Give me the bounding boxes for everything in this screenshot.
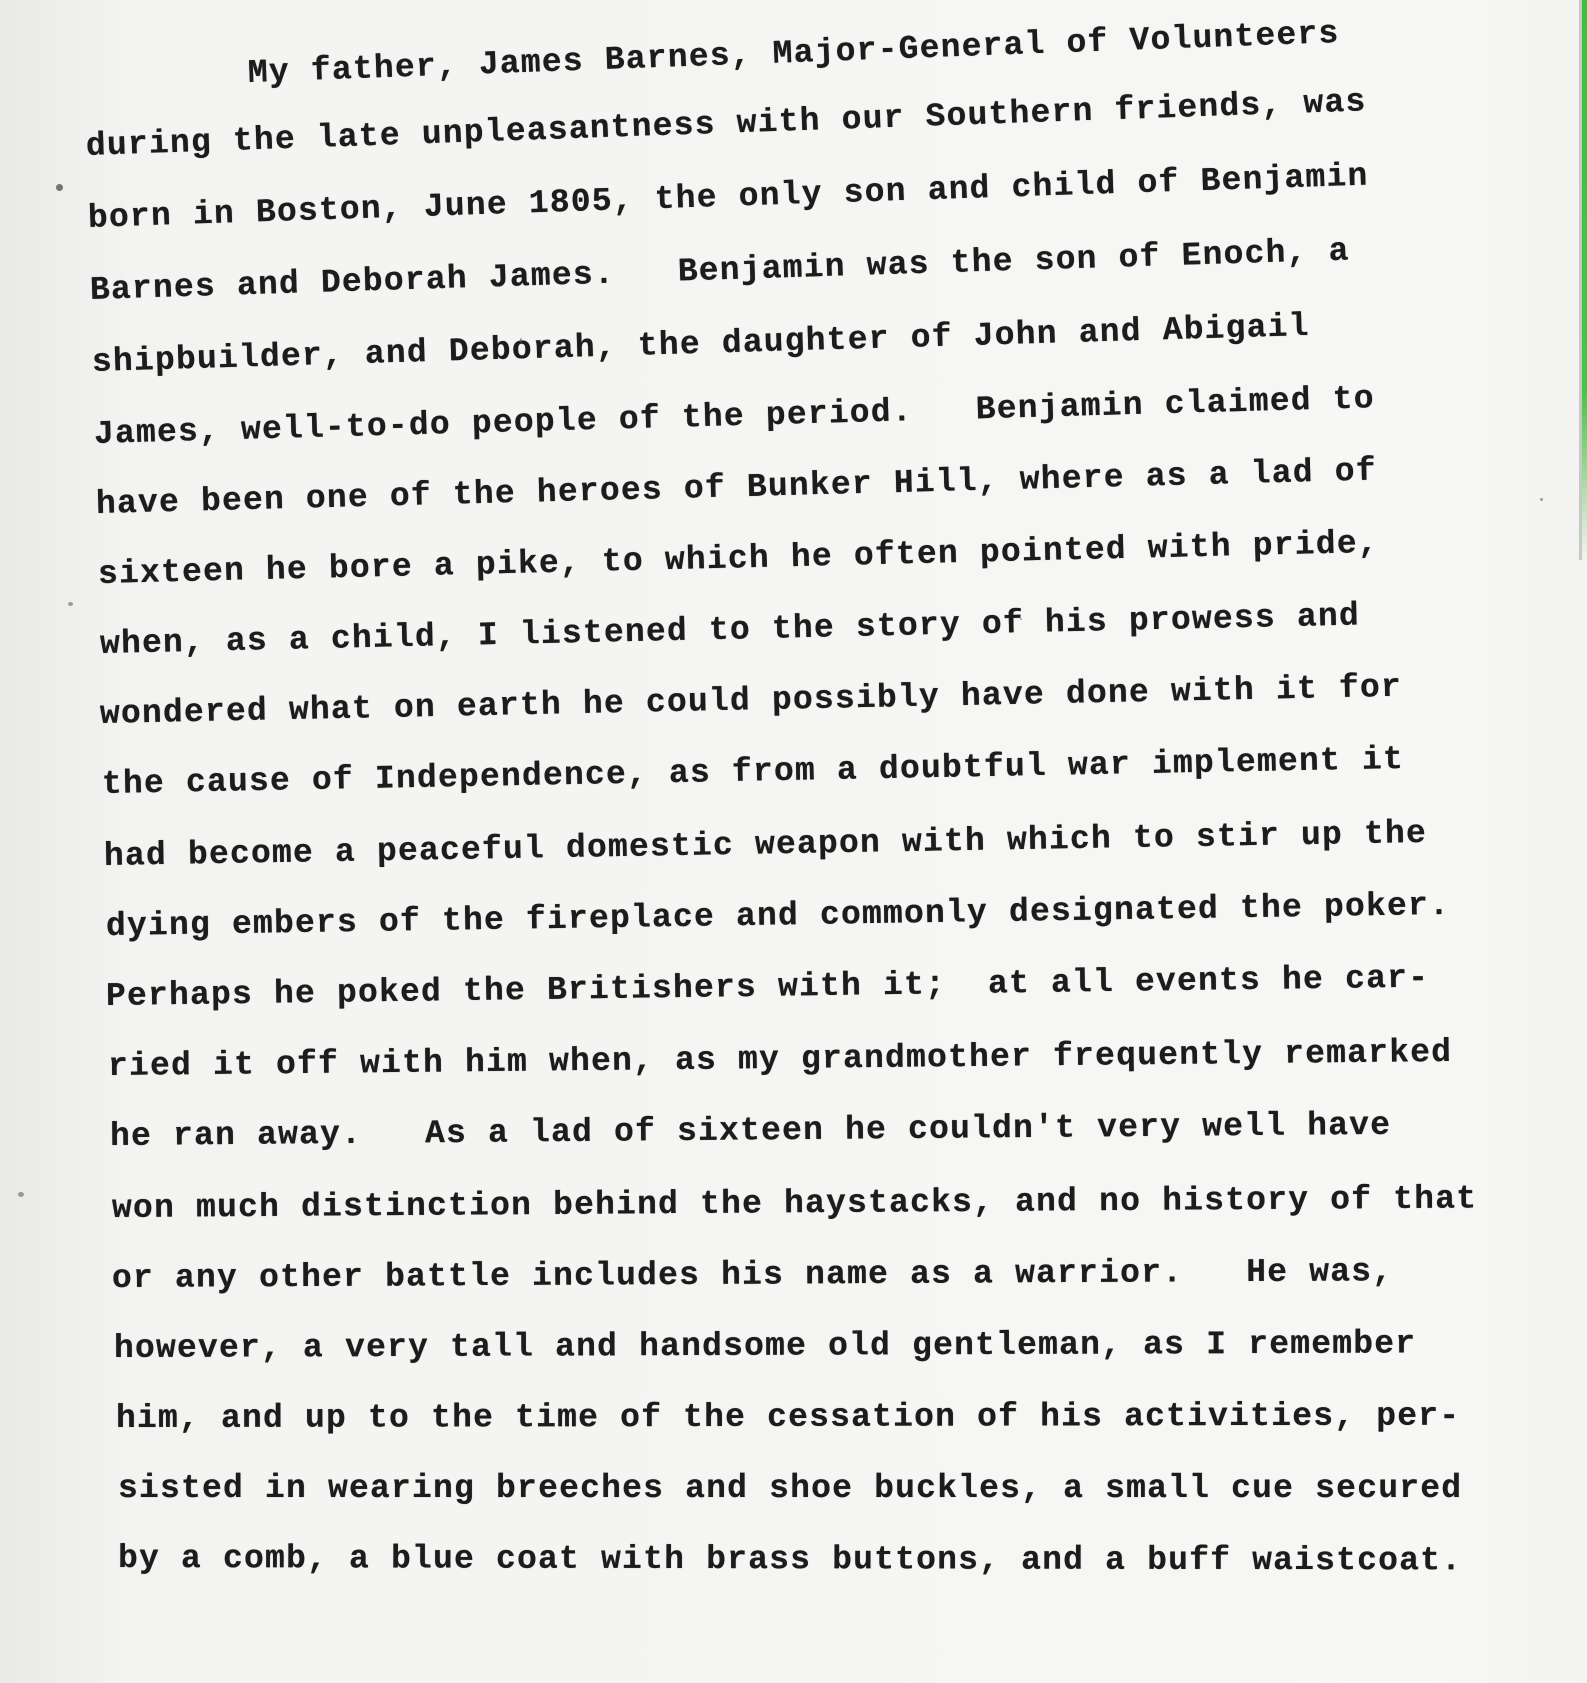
text-line: won much distinction behind the haystack… — [112, 1180, 1477, 1227]
text-line: shipbuilder, and Deborah, the daughter o… — [91, 308, 1310, 381]
text-line: ried it off with him when, as my grandmo… — [108, 1034, 1453, 1085]
text-line: Barnes and Deborah James. Benjamin was t… — [89, 232, 1350, 309]
text-line: or any other battle includes his name as… — [112, 1253, 1393, 1297]
text-line: My father, James Barnes, Major-General o… — [247, 12, 1428, 92]
text-line: during the late unpleasantness with our … — [85, 83, 1367, 165]
text-line: James, well-to-do people of the period. … — [93, 380, 1375, 453]
text-line: sisted in wearing breeches and shoe buck… — [118, 1470, 1462, 1507]
text-line: when, as a child, I listened to the stor… — [100, 597, 1361, 663]
text-line: wondered what on earth he could possibly… — [100, 669, 1403, 733]
text-line: have been one of the heroes of Bunker Hi… — [96, 452, 1378, 523]
text-line: dying embers of the fireplace and common… — [106, 887, 1451, 945]
text-line: Perhaps he poked the Britishers with it;… — [106, 960, 1430, 1015]
ink-speck — [56, 184, 63, 191]
typed-paragraph: My father, James Barnes, Major-General o… — [0, 0, 1587, 1683]
text-line: the cause of Independence, as from a dou… — [102, 741, 1405, 803]
text-line: he ran away. As a lad of sixteen he coul… — [110, 1107, 1391, 1155]
text-line: born in Boston, June 1805, the only son … — [87, 158, 1369, 237]
ink-speck — [1020, 618, 1022, 620]
ink-speck — [1540, 498, 1543, 501]
text-line: had become a peaceful domestic weapon wi… — [104, 815, 1428, 875]
text-line: however, a very tall and handsome old ge… — [114, 1325, 1416, 1367]
ink-speck — [68, 602, 73, 606]
ink-speck — [18, 1192, 24, 1197]
text-line: him, and up to the time of the cessation… — [116, 1398, 1460, 1437]
text-line: by a comb, a blue coat with brass button… — [118, 1540, 1462, 1579]
ink-speck — [520, 338, 522, 343]
text-line: sixteen he bore a pike, to which he ofte… — [98, 525, 1380, 593]
